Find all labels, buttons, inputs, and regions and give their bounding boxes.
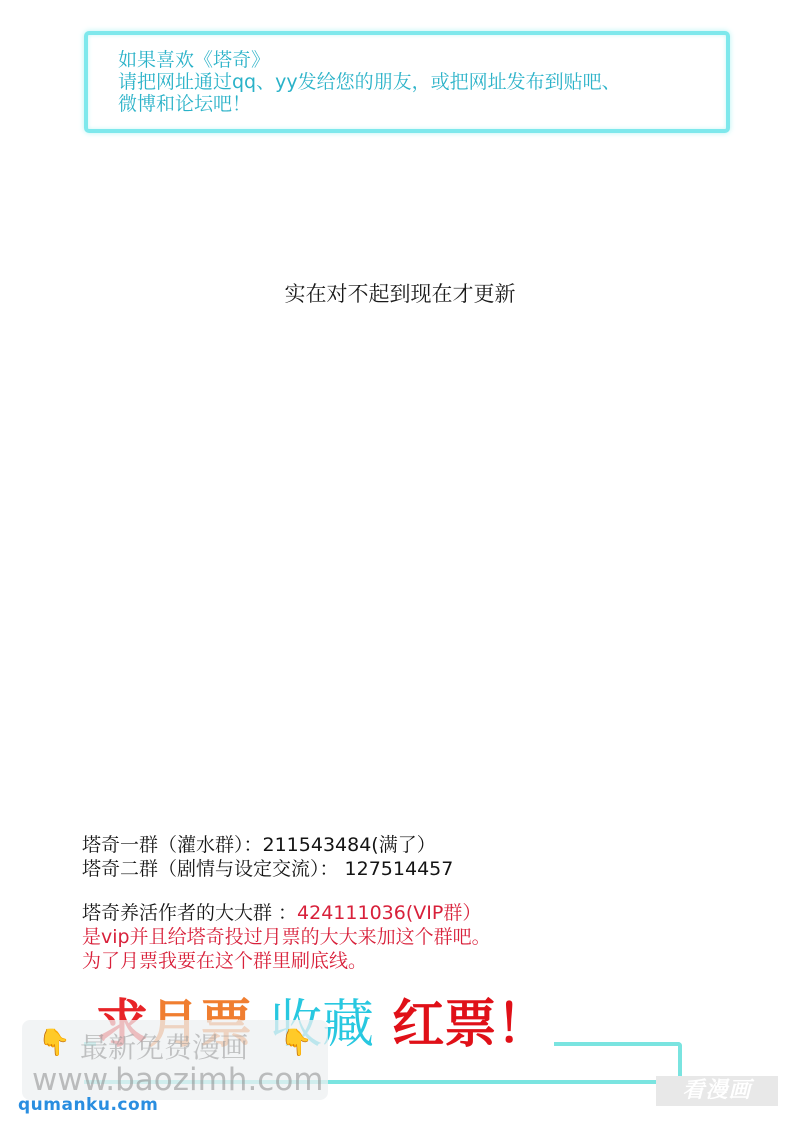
- vip-note-1: 是vip并且给塔奇投过月票的大大来加这个群吧。: [82, 925, 491, 949]
- watermark-url[interactable]: www.baozimh.com: [32, 1062, 324, 1098]
- banner-red-ticket: 红票！: [392, 994, 548, 1055]
- vip-note-2: 为了月票我要在这个群里刷底线。: [82, 949, 491, 973]
- apology-message: 实在对不起到现在才更新: [0, 278, 800, 308]
- vip-group-number: 424111036(VIP群）: [297, 902, 481, 924]
- share-notice-box: 如果喜欢《塔奇》 请把网址通过qq、yy发给您的朋友，或把网址发布到贴吧、 微博…: [84, 31, 730, 133]
- site-logo: 看漫画: [656, 1076, 778, 1106]
- group-2-info: 塔奇二群（剧情与设定交流）： 127514457: [82, 857, 491, 881]
- pointing-down-hand-icon: 👇: [38, 1028, 70, 1058]
- watermark-overlay[interactable]: 👇 最新免费漫画 👇 www.baozimh.com: [22, 1020, 328, 1100]
- share-line-1: 如果喜欢《塔奇》: [118, 49, 621, 71]
- vip-group-info: 塔奇养活作者的大大群 ：424111036(VIP群）: [82, 901, 491, 925]
- vip-group-label: 塔奇养活作者的大大群 ：: [82, 902, 297, 924]
- watermark-line-1: 最新免费漫画: [80, 1026, 248, 1066]
- spacer: [82, 881, 491, 901]
- share-line-2: 请把网址通过qq、yy发给您的朋友，或把网址发布到贴吧、: [118, 71, 621, 93]
- group-1-info: 塔奇一群（灌水群）：211543484(满了）: [82, 833, 491, 857]
- share-line-3: 微博和论坛吧！: [118, 93, 621, 115]
- share-notice-text: 如果喜欢《塔奇》 请把网址通过qq、yy发给您的朋友，或把网址发布到贴吧、 微博…: [118, 49, 621, 115]
- qumanku-watermark: qumanku.com: [18, 1095, 158, 1115]
- pointing-down-hand-icon: 👇: [280, 1028, 312, 1058]
- group-info: 塔奇一群（灌水群）：211543484(满了） 塔奇二群（剧情与设定交流）： 1…: [82, 833, 491, 973]
